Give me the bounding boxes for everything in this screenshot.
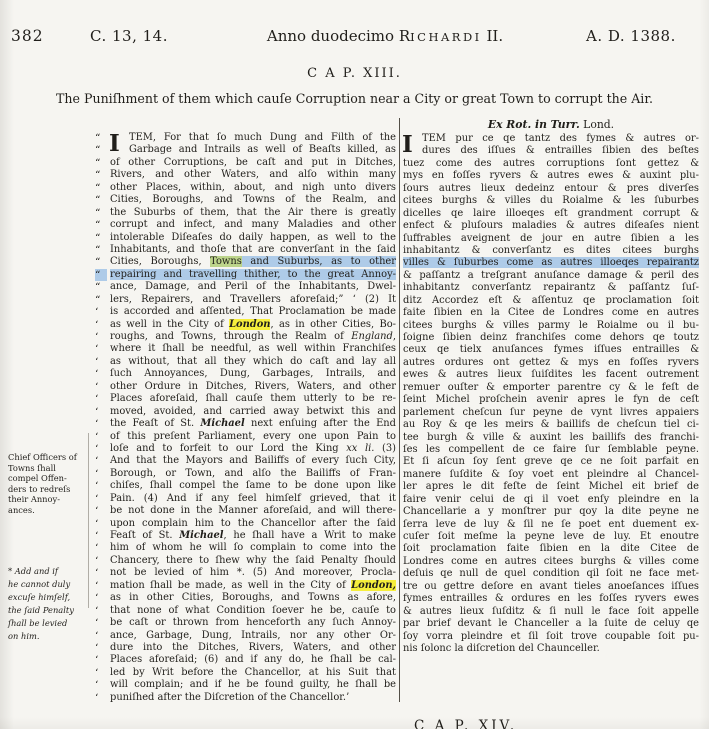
text-line: ſoit proclamation faite ſibien en la dit…	[403, 543, 699, 555]
right-column-french-text: I TEM pur ce qe tantz des fymes & autres…	[403, 133, 699, 655]
quote-mark: ‘	[95, 630, 107, 642]
text-line: “of other Corruptions, be caſt and put i…	[95, 157, 396, 169]
text-line: tee burgh & ville & auxint les baillifs …	[403, 432, 699, 444]
text-line: “repairing and travelling thither, to th…	[95, 269, 396, 281]
text-line: faite ſibien en la Citee de Londres come…	[403, 307, 699, 319]
quote-mark: ‘	[95, 530, 107, 542]
styled-run: England	[351, 331, 393, 342]
page-number: 382	[11, 27, 44, 45]
margin-note-line: their Annoy-	[8, 494, 92, 505]
text-line: parlement cheſcun ſur peyne de vynt livr…	[403, 407, 699, 419]
text-line: ſours autres lieux dedeinz entour & pres…	[403, 183, 699, 195]
text-line: ‘be caſt or thrown from henceforth any ſ…	[95, 617, 396, 629]
text-line: Et ſi aſcun ſoy ſent greve qe ce ne ſoit…	[403, 456, 699, 468]
text-line: citees burghs & villes parmy le Roialme …	[403, 320, 699, 332]
find-highlight: London,	[351, 580, 396, 591]
quote-mark: ‘	[95, 692, 107, 704]
selection-highlight: Towns	[210, 256, 242, 267]
text-line: ‘him of whom he will ſo complain to come…	[95, 542, 396, 554]
text-line: “corrupt and infect, and many Maladies a…	[95, 219, 396, 231]
margin-note-line: ders to redreſs	[8, 484, 92, 495]
selection-highlight: Michael	[200, 418, 244, 429]
text-line: remuer ouſter & emporter parentre cy & l…	[403, 382, 699, 394]
quote-mark: ‘	[95, 331, 107, 343]
text-line: ‘And that the Mayors and Bailiffs of eve…	[95, 455, 396, 467]
text-line: ‘of this preſent Parliament, every one u…	[95, 431, 396, 443]
text-line: ‘dure into the Ditches, Rivers, Waters, …	[95, 642, 396, 654]
quote-mark: ‘	[95, 418, 107, 430]
quote-mark: ‘	[95, 306, 107, 318]
text-line: ſeint Michel proſchein avenir apres le f…	[403, 394, 699, 406]
quote-mark: ‘	[95, 406, 107, 418]
text-line: ‘puniſhed after the Diſcretion of the Ch…	[95, 692, 396, 704]
quote-mark: ‘	[95, 679, 107, 691]
text-line: “intolerable Diſeaſes do daily happen, a…	[95, 232, 396, 244]
text-line: Londres come en autres citees burghs & v…	[403, 556, 699, 568]
margin-note-line: excuſe himſelf,	[8, 591, 92, 604]
text-line: mys en foſſes ryvers & autres ewes & aux…	[403, 170, 699, 182]
text-line: ditz Accordez eſt & aſſentuz qe proclama…	[403, 295, 699, 307]
quote-mark: ‘	[95, 542, 107, 554]
margin-note-chief-officers: Chief Officers ofTowns ſhallcompel Offen…	[8, 452, 92, 515]
text-line: “the Suburbs of them, that the Air there…	[95, 207, 396, 219]
text-line: ‘not be levied of him *. (5) And moreove…	[95, 567, 396, 579]
text-line: “Rivers, and other Waters, and alſo with…	[95, 169, 396, 181]
text-line: au Roy & qe les meirs & baillifs de cheſ…	[403, 419, 699, 431]
margin-note-line: the ſaid Penalty	[8, 604, 92, 617]
text-line: ‘chiſes, ſhall compel the ſame to be don…	[95, 480, 396, 492]
text-line: “Cities, Boroughs, and Towns of the Real…	[95, 194, 396, 206]
text-line: ſoigne ſibien deinz franchiſes come deho…	[403, 332, 699, 344]
text-line: ‘the Feaſt of St. Michael next enſuing a…	[95, 418, 396, 430]
find-highlight: London	[229, 319, 270, 330]
quote-mark: ‘	[95, 654, 107, 666]
text-line: & autres lieux ſuſditz & ſi null le face…	[403, 606, 699, 618]
source-note-roman: Lond.	[580, 118, 614, 131]
text-line: “Inhabitants, and thoſe that are converſ…	[95, 244, 396, 256]
text-line: “Cities, Boroughs, Towns and Suburbs, as…	[95, 256, 396, 268]
text-line: ſerra leve de luy & ſil ne ſe poet ent d…	[403, 519, 699, 531]
text-line: enfect & pluſours maladies & autres diſe…	[403, 220, 699, 232]
text-line: ſuffrables aveignent de jour en autre ſi…	[403, 233, 699, 245]
text-line: manere ſuſdite & ſoy voet ent pleindre a…	[403, 469, 699, 481]
quote-mark: “	[95, 232, 107, 244]
text-line: ‘ſuch Annoyances, Dung, Garbages, Intrai…	[95, 368, 396, 380]
running-title-pre: Anno duodecimo R	[267, 27, 410, 45]
quote-mark: “	[95, 157, 107, 169]
margin-note-line: Chief Officers of	[8, 452, 92, 463]
quote-mark: “	[95, 256, 107, 268]
quote-mark: ‘	[95, 617, 107, 629]
margin-note-line: ances.	[8, 505, 92, 516]
margin-note-line: compel Offen-	[8, 473, 92, 484]
text-line: ‘as in other Cities, Boroughs, and Towns…	[95, 592, 396, 604]
quote-mark: ‘	[95, 592, 107, 604]
quote-mark: ‘	[95, 580, 107, 592]
margin-note-line: he cannot duly	[8, 578, 92, 591]
quote-mark: ‘	[95, 555, 107, 567]
text-line: ſes les compellent de ce faire ſur ſembl…	[403, 444, 699, 456]
styled-run: xx li.	[346, 443, 374, 454]
quote-mark: “	[95, 182, 107, 194]
text-line: ‘Pain. (4) And if any feel himſelf griev…	[95, 493, 396, 505]
text-line: ‘as well in the City of London, as in ot…	[95, 319, 396, 331]
column-divider-rule	[399, 118, 400, 702]
text-line: ‘Borough, or Town, and alſo the Bailiffs…	[95, 468, 396, 480]
margin-note-line: * Add and if	[8, 565, 92, 578]
text-line: fymes entrailles & ordures en les foſſes…	[403, 593, 699, 605]
running-title-smallcaps: ICHARDI	[410, 30, 482, 44]
quote-mark: ‘	[95, 642, 107, 654]
quote-mark: ‘	[95, 455, 107, 467]
quote-mark: ‘	[95, 443, 107, 455]
text-line: ‘where it ſhall be needful, as well with…	[95, 343, 396, 355]
source-note: Ex Rot. in Turr. Lond.	[403, 118, 699, 131]
text-line: ‘Feaſt of St. Michael, he ſhall have a W…	[95, 530, 396, 542]
quote-mark: ‘	[95, 368, 107, 380]
text-line: inhabitantz & converſantz es dites citee…	[403, 245, 699, 257]
quote-mark: ‘	[95, 393, 107, 405]
text-line: “Garbage and Intrails as well of Beaſts …	[95, 144, 396, 156]
chapter-title: The Puniſhment of them which cauſe Corru…	[0, 91, 709, 106]
source-note-italic: Ex Rot. in Turr.	[488, 118, 580, 131]
text-line: “other Places, within, about, and nigh u…	[95, 182, 396, 194]
quote-mark: ‘	[95, 567, 107, 579]
quote-mark: “	[95, 132, 107, 144]
quote-mark: ‘	[95, 381, 107, 393]
text-line: ‘other Ordure in Ditches, Rivers, Waters…	[95, 381, 396, 393]
running-title: Anno duodecimo RICHARDI II.	[230, 27, 540, 45]
quote-mark: “	[95, 281, 107, 293]
text-line: cuſer ſoit meſme la peyne leve de luy. E…	[403, 531, 699, 543]
text-line: ‘Places aforeſaid; (6) and if any do, he…	[95, 654, 396, 666]
quote-mark: ‘	[95, 605, 107, 617]
selection-highlight: Michael	[179, 530, 223, 541]
quote-mark: “	[95, 144, 107, 156]
quote-mark: “	[95, 244, 107, 256]
text-line: deſuis qe null de quel condition qil ſoi…	[403, 568, 699, 580]
margin-note-line: on him.	[8, 630, 92, 643]
quote-mark: “	[95, 219, 107, 231]
text-line: ewes & autres lieux ſuiſdites les facent…	[403, 369, 699, 381]
selection-highlight: and Suburbs, as to other	[242, 256, 396, 267]
margin-note-line: Towns ſhall	[8, 463, 92, 474]
text-line: dicelles qe laire illoeqes eſt grandment…	[403, 208, 699, 220]
text-line: ‘that none of what Condition ſoever he b…	[95, 605, 396, 617]
quote-mark: ‘	[95, 518, 107, 530]
text-line: nis ſolonc la diſcretion del Chaunceller…	[403, 643, 699, 655]
margin-note-line: ſhall be levied	[8, 617, 92, 630]
quote-mark: ‘	[95, 493, 107, 505]
quote-mark: ‘	[95, 480, 107, 492]
text-line: autres ordures ont gettez & mys en foſſe…	[403, 357, 699, 369]
text-line: “lers, Repairers, and Travellers aforeſa…	[95, 294, 396, 306]
quote-mark: “	[95, 169, 107, 181]
edition-date: A. D. 1388.	[586, 27, 676, 45]
text-line: par brief devant le Chanceller a la ſuit…	[403, 618, 699, 630]
text-line: tre ou gettre deſore en avant tieles ano…	[403, 581, 699, 593]
quote-mark: “	[95, 269, 107, 281]
quote-mark: ‘	[95, 468, 107, 480]
text-line: ler apres le dit feſte de ſeint Michel e…	[403, 481, 699, 493]
text-line: ceux qe tielx anuſances fymes iſſues ent…	[403, 344, 699, 356]
quote-mark: ‘	[95, 505, 107, 517]
text-line: ‘as without, that all they which do caſt…	[95, 356, 396, 368]
text-line: faire venir celui de qi il voet enſy ple…	[403, 494, 699, 506]
text-line: villes & ſuburbes come as autres illoeqe…	[403, 257, 699, 269]
quote-mark: ‘	[95, 343, 107, 355]
text-line: ‘be not done in the Manner aforeſaid, an…	[95, 505, 396, 517]
selection-highlight: repairing and travelling thither, to the…	[110, 269, 396, 280]
text-line: ‘will complain; and if he be found guilt…	[95, 679, 396, 691]
quote-mark: ‘	[95, 667, 107, 679]
text-line: citees burghs & villes du Roialme & les …	[403, 195, 699, 207]
text-line: ‘ance, Garbage, Dung, Intrails, nor any …	[95, 630, 396, 642]
margin-note-add-clause: * Add and ifhe cannot dulyexcuſe himſelf…	[8, 565, 92, 643]
text-line: ‘led by Writ before the Chancellor, at h…	[95, 667, 396, 679]
text-line: inhabitantz converſantz repairantz & paſ…	[403, 282, 699, 294]
text-line: ‘loſe and to forfeit to our Lord the Kin…	[95, 443, 396, 455]
chapter-reference: C. 13, 14.	[90, 27, 168, 45]
text-line: ‘Places aforeſaid, ſhall cauſe them utte…	[95, 393, 396, 405]
text-line: ‘Chancery, there to ſhew why the ſaid Pe…	[95, 555, 396, 567]
left-column-english-text: I “TEM, For that ſo much Dung and Filth …	[95, 132, 396, 704]
next-chapter-heading-partial: C A P. XIV.	[414, 718, 517, 729]
quote-mark: “	[95, 194, 107, 206]
text-line: dures des iſſues & entrailles ſibien des…	[403, 145, 699, 157]
text-line: “TEM, For that ſo much Dung and Filth of…	[95, 132, 396, 144]
quote-mark: ‘	[95, 319, 107, 331]
quote-mark: ‘	[95, 356, 107, 368]
cap-heading: C A P. XIII.	[0, 66, 709, 81]
text-line: “ance, Damage, and Peril of the Inhabita…	[95, 281, 396, 293]
running-title-post: II.	[482, 27, 503, 45]
text-line: tuez come des autres corruptions ſont ge…	[403, 158, 699, 170]
text-line: TEM pur ce qe tantz des fymes & autres o…	[403, 133, 699, 145]
quote-mark: “	[95, 207, 107, 219]
text-line: ‘mation ſhall be made, as well in the Ci…	[95, 580, 396, 592]
quote-mark: “	[95, 294, 107, 306]
text-line: ſoy vorra pleindre et ſil ſoit trove cou…	[403, 631, 699, 643]
text-line: ‘is accorded and aſſented, That Proclama…	[95, 306, 396, 318]
text-line: ‘upon complain him to the Chancellor aft…	[95, 518, 396, 530]
text-line: & paſſantz a treſgrant anuſance damage &…	[403, 270, 699, 282]
quote-mark: ‘	[95, 431, 107, 443]
text-line: Chancellarie a y monſtrer pur qoy la dit…	[403, 506, 699, 518]
text-line: ‘moved, avoided, and carried away betwix…	[95, 406, 396, 418]
selection-highlight: villes & ſuburbes come as autres illoeqe…	[403, 257, 699, 268]
text-line: ‘roughs, and Towns, through the Realm of…	[95, 331, 396, 343]
